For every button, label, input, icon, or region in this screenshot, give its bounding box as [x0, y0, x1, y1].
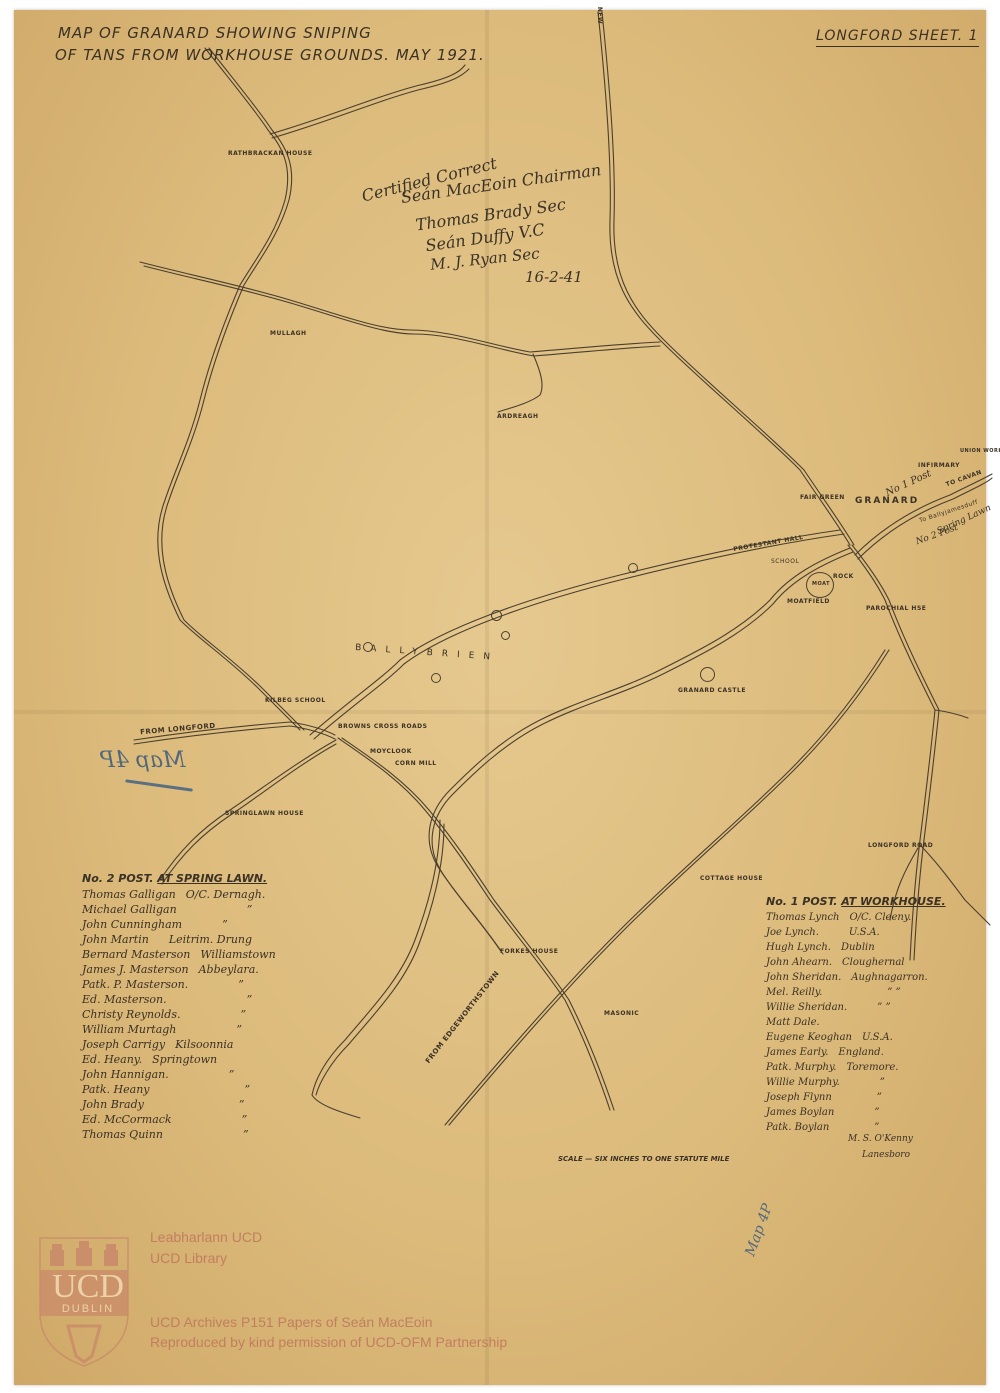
member-location: ”: [874, 1120, 879, 1135]
list-item: Ed. Heany.Springtown: [82, 1052, 276, 1067]
post-number: No. 1 POST.: [766, 895, 837, 908]
member-name: James Early.: [766, 1045, 828, 1060]
member-location: ”: [247, 992, 253, 1007]
place-granard-castle: GRANARD CASTLE: [678, 687, 718, 694]
member-location: ”: [240, 1007, 246, 1022]
member-location: ”: [877, 1090, 882, 1105]
pencil-note-left: Map 4P: [100, 748, 186, 773]
list-item: John Ahearn.Cloughernal: [766, 955, 946, 970]
member-location: Kilsoonnia: [175, 1037, 233, 1052]
watermark-permission-line: Reproduced by kind permission of UCD-OFM…: [150, 1334, 507, 1350]
road-ardreagh-spur: [498, 354, 542, 412]
member-location: ” ”: [877, 1000, 890, 1015]
member-location: U.S.A.: [849, 925, 880, 940]
member-location: ”: [243, 1127, 249, 1142]
member-name: Thomas Lynch: [766, 910, 839, 925]
place-union: UNION WORKHOUSE: [960, 448, 1000, 454]
list-item: Christy Reynolds.”: [82, 1007, 276, 1022]
place-moatfield: MOATFIELD: [787, 598, 830, 605]
member-name: Patk. Heany: [82, 1082, 150, 1097]
list-item: Patk. Heany”: [82, 1082, 276, 1097]
member-location: Dublin: [841, 940, 875, 955]
post-list-workhouse: No. 1 POST. AT WORKHOUSE. Thomas LynchO/…: [766, 895, 946, 1135]
place-fair-green: FAIR GREEN: [800, 494, 845, 501]
member-location: Leitrim. Drung: [169, 932, 252, 947]
post-list-heading: No. 2 POST. AT SPRING LAWN.: [82, 872, 276, 885]
list-item: John Sheridan.Aughnagarron.: [766, 970, 946, 985]
member-location: Cloughernal: [842, 955, 904, 970]
place-moat: MOAT: [812, 581, 830, 587]
member-name: John Ahearn.: [766, 955, 832, 970]
member-location: O/C. Dernagh.: [186, 887, 266, 902]
member-location: Springtown: [152, 1052, 217, 1067]
place-ardreagh: ARDREAGH: [497, 413, 539, 420]
place-mullagh: MULLAGH: [270, 330, 307, 337]
marker-circle: [431, 673, 441, 683]
place-corn-mill: CORN MILL: [395, 760, 419, 767]
member-location: Abbeylara.: [199, 962, 259, 977]
member-name: Willie Murphy.: [766, 1075, 840, 1090]
member-name: Patk. Murphy.: [766, 1060, 836, 1075]
member-name: Ed. McCormack: [82, 1112, 172, 1127]
member-location: ”: [874, 1105, 879, 1120]
place-kilbeg-school: KILBEG SCHOOL: [265, 697, 295, 704]
scale-note: SCALE — SIX INCHES TO ONE STATUTE MILE: [558, 1155, 729, 1163]
member-location: ”: [222, 917, 228, 932]
list-item: Thomas Quinn”: [82, 1127, 276, 1142]
list-item: Mel. Reilly.” ”: [766, 985, 946, 1000]
member-location: England.: [838, 1045, 883, 1060]
place-forkes-house: FORKES HOUSE: [500, 948, 530, 955]
road-east-branch: [935, 710, 968, 718]
list-item: Patk. Boylan”: [766, 1120, 946, 1135]
list-item: Ed. McCormack”: [82, 1112, 276, 1127]
member-name: Christy Reynolds.: [82, 1007, 180, 1022]
place-springlawn-house: SPRINGLAWN HOUSE: [225, 810, 270, 817]
place-cottage-house: COTTAGE HOUSE: [700, 875, 730, 882]
sheet-label: LONGFORD SHEET. 1: [816, 28, 979, 47]
post-list-heading: No. 1 POST. AT WORKHOUSE.: [766, 895, 946, 908]
member-name: John Hannigan.: [82, 1067, 169, 1082]
member-name: Bernard Masterson: [82, 947, 190, 962]
certification-date: 16-2-41: [525, 268, 583, 286]
list-item: Matt Dale.: [766, 1015, 946, 1030]
post-location: AT SPRING LAWN.: [157, 872, 267, 885]
post-list-spring-lawn: No. 2 POST. AT SPRING LAWN. Thomas Galli…: [82, 872, 276, 1142]
place-rathbrackan-house: RATHBRACKAN HOUSE: [228, 150, 312, 158]
post-location: AT WORKHOUSE.: [841, 895, 945, 908]
member-name: Matt Dale.: [766, 1015, 820, 1030]
member-name: James Boylan: [766, 1105, 834, 1120]
list-item: John Hannigan.”: [82, 1067, 276, 1082]
list-item: Willie Murphy.”: [766, 1075, 946, 1090]
signature-name: M. S. O'Kenny: [848, 1134, 913, 1144]
member-name: Patk. P. Masterson.: [82, 977, 188, 992]
watermark-library-irish: Leabharlann UCD: [150, 1229, 262, 1245]
list-item: Hugh Lynch.Dublin: [766, 940, 946, 955]
member-name: Joseph Flynn: [766, 1090, 832, 1105]
member-name: John Brady: [82, 1097, 144, 1112]
castle-circle: [700, 667, 715, 682]
list-item: Willie Sheridan.” ”: [766, 1000, 946, 1015]
road-north: [598, 12, 850, 545]
place-masonic: MASONIC: [604, 1010, 639, 1017]
member-name: Eugene Keoghan: [766, 1030, 852, 1045]
place-moyclook: MOYCLOOK: [370, 748, 412, 755]
member-location: ”: [245, 1082, 251, 1097]
crest-text-dublin: DUBLIN: [40, 1303, 136, 1315]
marker-circle: [628, 563, 638, 573]
marker-circle: [363, 642, 373, 652]
watermark-archive-line: UCD Archives P151 Papers of Seán MacEoin: [150, 1314, 432, 1330]
member-location: ”: [236, 1022, 242, 1037]
member-name: Patk. Boylan: [766, 1120, 829, 1135]
member-location: Williamstown: [200, 947, 275, 962]
member-location: ”: [238, 977, 244, 992]
list-item: Ed. Masterson.”: [82, 992, 276, 1007]
list-item: Michael Galligan”: [82, 902, 276, 917]
place-infirmary: INFIRMARY: [918, 462, 960, 469]
list-item: Patk. Murphy.Toremore.: [766, 1060, 946, 1075]
member-location: ”: [242, 1112, 248, 1127]
member-location: Aughnagarron.: [851, 970, 927, 985]
place-browns-cross: BROWNS CROSS ROADS: [338, 723, 378, 730]
marker-circle: [501, 631, 510, 640]
list-item: Bernard MastersonWilliamstown: [82, 947, 276, 962]
member-name: Ed. Masterson.: [82, 992, 167, 1007]
place-north-road: NEW: [596, 7, 603, 24]
road-moatfield: [429, 548, 850, 950]
crest-text-ucd: UCD: [40, 1268, 136, 1306]
member-name: John Martin: [82, 932, 149, 947]
road-top-branch: [270, 65, 465, 134]
member-name: William Murtagh: [82, 1022, 176, 1037]
list-item: Thomas LynchO/C. Cleeny.: [766, 910, 946, 925]
list-item: James J. MastersonAbbeylara.: [82, 962, 276, 977]
member-name: Mel. Reilly.: [766, 985, 822, 1000]
list-item: John MartinLeitrim. Drung: [82, 932, 276, 947]
member-name: Hugh Lynch.: [766, 940, 831, 955]
member-location: Toremore.: [846, 1060, 898, 1075]
list-item: John Cunningham”: [82, 917, 276, 932]
member-location: ”: [247, 902, 253, 917]
place-school: SCHOOL: [771, 558, 799, 565]
member-name: John Sheridan.: [766, 970, 841, 985]
list-item: John Brady”: [82, 1097, 276, 1112]
road-springlawn: [312, 820, 440, 1118]
list-item: Thomas GalliganO/C. Dernagh.: [82, 887, 276, 902]
list-item: Joseph CarrigyKilsoonnia: [82, 1037, 276, 1052]
list-item: James Early.England.: [766, 1045, 946, 1060]
watermark-library-english: UCD Library: [150, 1250, 227, 1266]
road-browns-southeast: [338, 738, 610, 1110]
member-name: Willie Sheridan.: [766, 1000, 847, 1015]
member-name: John Cunningham: [82, 917, 182, 932]
member-location: ”: [880, 1075, 885, 1090]
list-item: Eugene KeoghanU.S.A.: [766, 1030, 946, 1045]
member-location: U.S.A.: [862, 1030, 893, 1045]
map-title-line-1: MAP OF GRANARD SHOWING SNIPING: [58, 24, 372, 42]
place-rock: ROCK: [833, 573, 854, 580]
member-name: Joseph Carrigy: [82, 1037, 165, 1052]
list-item: James Boylan”: [766, 1105, 946, 1120]
map-title-line-2: OF TANS FROM WORKHOUSE GROUNDS. MAY 1921…: [55, 46, 485, 64]
signature-place: Lanesboro: [862, 1150, 910, 1160]
place-longford-road: LONGFORD ROAD: [868, 842, 933, 849]
list-item: William Murtagh”: [82, 1022, 276, 1037]
member-name: Ed. Heany.: [82, 1052, 142, 1067]
member-location: ”: [239, 1097, 245, 1112]
member-name: Michael Galligan: [82, 902, 177, 917]
member-location: ”: [229, 1067, 235, 1082]
list-item: Patk. P. Masterson.”: [82, 977, 276, 992]
list-item: Joe Lynch.U.S.A.: [766, 925, 946, 940]
member-name: Thomas Quinn: [82, 1127, 163, 1142]
post-number: No. 2 POST.: [82, 872, 153, 885]
member-location: ” ”: [887, 985, 900, 1000]
member-name: Thomas Galligan: [82, 887, 176, 902]
member-name: James J. Masterson: [82, 962, 189, 977]
marker-circle: [491, 610, 502, 621]
member-name: Joe Lynch.: [766, 925, 819, 940]
place-parochial-house: PAROCHIAL HSE: [866, 605, 926, 612]
member-location: O/C. Cleeny.: [849, 910, 911, 925]
list-item: Joseph Flynn”: [766, 1090, 946, 1105]
